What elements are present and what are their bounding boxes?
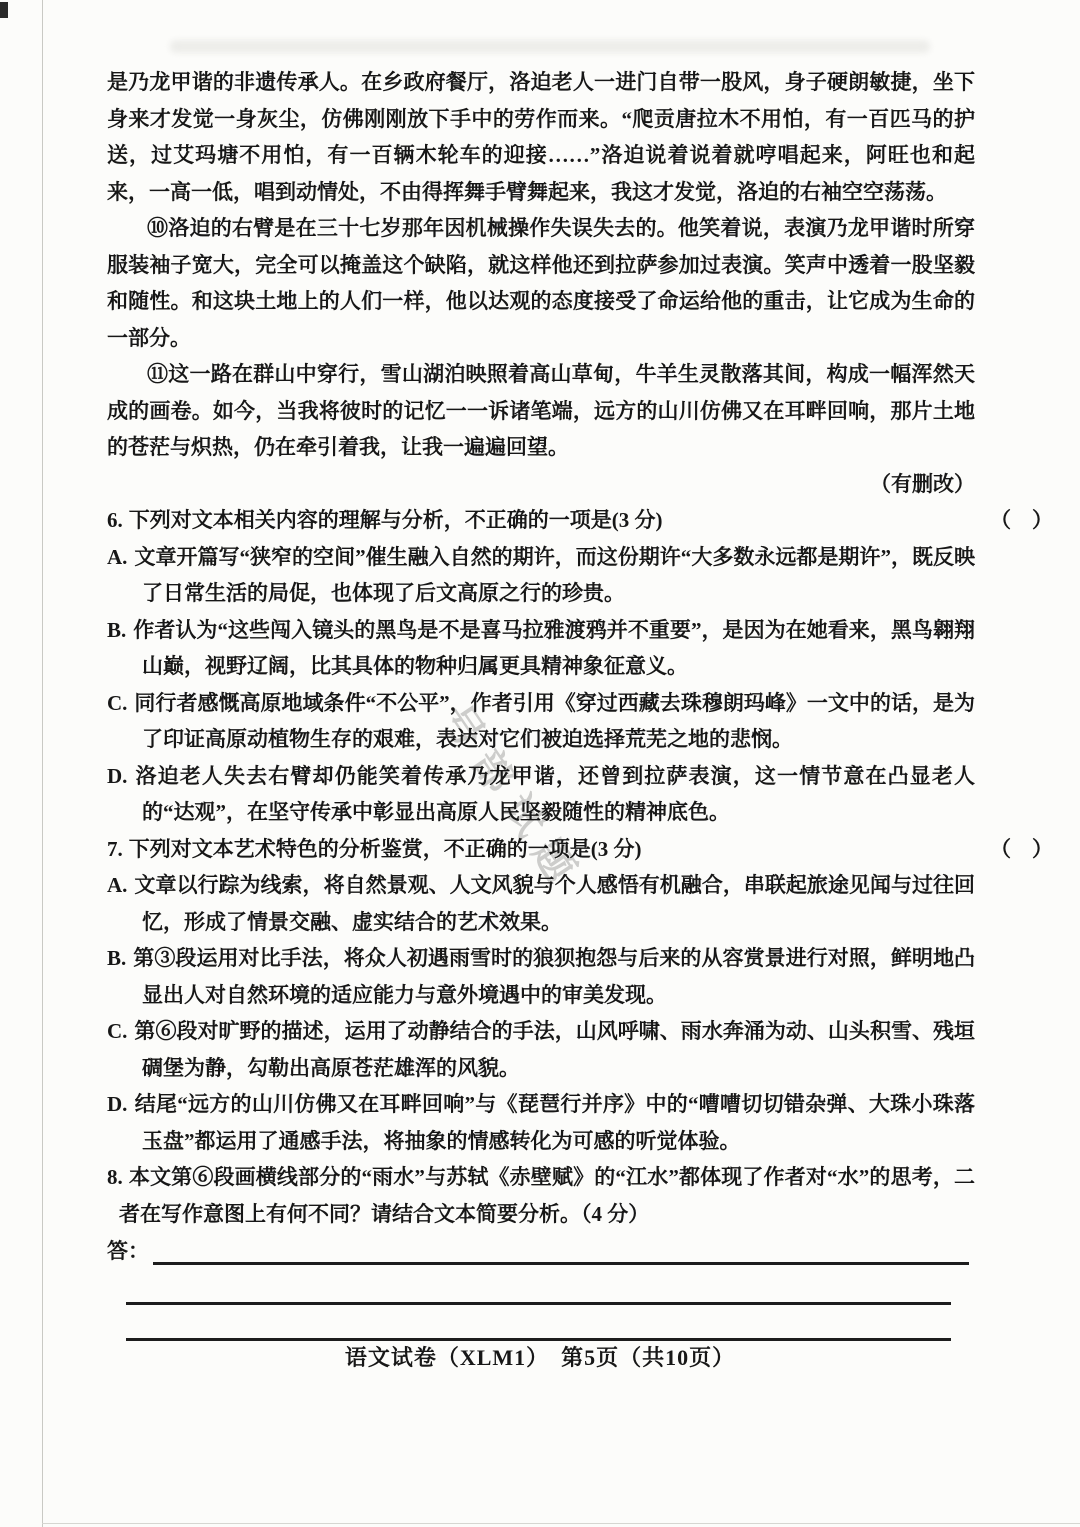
- option-c-text: 第⑥段对旷野的描述，运用了动静结合的手法，山风呼啸、雨水奔涌为动、山头积雪、残垣…: [134, 1019, 975, 1080]
- option-d-text: 结尾“远方的山川仿佛又在耳畔回响”与《琵琶行并序》中的“嘈嘈切切错杂弹、大珠小珠…: [134, 1092, 975, 1153]
- question-6-stem-text: 下列对文本相关内容的理解与分析，不正确的一项是(3 分): [129, 508, 663, 532]
- question-7-number: 7.: [107, 837, 123, 861]
- question-6-option-a: A.文章开篇写“狭窄的空间”催生融入自然的期许，而这份期许“大多数永远都是期许”…: [107, 539, 975, 612]
- option-b-text: 作者认为“这些闯入镜头的黑鸟是不是喜马拉雅渡鸦并不重要”，是因为在她看来，黑鸟翱…: [133, 618, 975, 679]
- passage-edit-note: （有删改）: [107, 466, 975, 503]
- question-7-option-b: B.第③段运用对比手法，将众人初遇雨雪时的狼狈抱怨与后来的从容赏景进行对照，鲜明…: [107, 940, 975, 1013]
- question-6-number: 6.: [107, 508, 123, 532]
- question-7-option-c: C.第⑥段对旷野的描述，运用了动静结合的手法，山风呼啸、雨水奔涌为动、山头积雪、…: [107, 1013, 975, 1086]
- answer-blank-line-3: [126, 1305, 951, 1341]
- question-7: 7.下列对文本艺术特色的分析鉴赏，不正确的一项是(3 分)（ ） A.文章以行踪…: [107, 831, 975, 1160]
- question-7-option-d: D.结尾“远方的山川仿佛又在耳畔回响”与《琵琶行并序》中的“嘈嘈切切错杂弹、大珠…: [107, 1086, 975, 1159]
- question-6-option-d: D.洛迫老人失去右臂却仍能笑着传承乃龙甲谐，还曾到拉萨表演，这一情节意在凸显老人…: [107, 758, 975, 831]
- option-d-label: D.: [107, 1092, 127, 1116]
- question-8-number: 8.: [107, 1165, 123, 1189]
- question-8: 8.本文第⑥段画横线部分的“雨水”与苏轼《赤壁赋》的“江水”都体现了作者对“水”…: [107, 1159, 975, 1341]
- page-footer: 语文试卷（XLM1） 第5页（共10页）: [0, 1341, 1080, 1372]
- question-6-option-c: C.同行者感慨高原地域条件“不公平”，作者引用《穿过西藏去珠穆朗玛峰》一文中的话…: [107, 685, 975, 758]
- question-6-answer-bracket: （ ）: [990, 502, 1053, 539]
- option-d-text: 洛迫老人失去右臂却仍能笑着传承乃龙甲谐，还曾到拉萨表演，这一情节意在凸显老人的“…: [134, 764, 975, 825]
- passage-paragraph-continuation: 是乃龙甲谐的非遗传承人。在乡政府餐厅，洛迫老人一进门自带一股风，身子硬朗敏捷，坐…: [107, 64, 975, 210]
- answer-blank-line-1: [153, 1232, 969, 1265]
- question-8-stem-text: 本文第⑥段画横线部分的“雨水”与苏轼《赤壁赋》的“江水”都体现了作者对“水”的思…: [119, 1165, 975, 1226]
- option-a-text: 文章以行踪为线索，将自然景观、人文风貌与个人感悟有机融合，串联起旅途见闻与过往回…: [134, 873, 975, 934]
- option-c-label: C.: [107, 1019, 127, 1043]
- option-a-label: A.: [107, 873, 127, 897]
- scan-bottom-edge-line: [42, 1523, 1080, 1524]
- question-8-answer-row: 答：: [107, 1232, 975, 1269]
- passage-paragraph-10: ⑩洛迫的右臂是在三十七岁那年因机械操作失误失去的。他笑着说，表演乃龙甲谐时所穿服…: [107, 210, 975, 356]
- option-d-label: D.: [107, 764, 127, 788]
- option-c-label: C.: [107, 691, 127, 715]
- question-6: 6.下列对文本相关内容的理解与分析，不正确的一项是(3 分)（ ） A.文章开篇…: [107, 502, 975, 831]
- option-b-label: B.: [107, 618, 126, 642]
- answer-label: 答：: [107, 1233, 149, 1270]
- exam-paper-page: 号部试题 是乃龙甲谐的非遗传承人。在乡政府餐厅，洛迫老人一进门自带一股风，身子硬…: [0, 0, 1080, 1527]
- question-8-text: 8.本文第⑥段画横线部分的“雨水”与苏轼《赤壁赋》的“江水”都体现了作者对“水”…: [107, 1159, 975, 1232]
- question-7-answer-bracket: （ ）: [990, 831, 1053, 868]
- scan-left-edge-line: [42, 0, 43, 1527]
- scan-bleedthrough-ghost: [170, 40, 930, 53]
- question-6-stem: 6.下列对文本相关内容的理解与分析，不正确的一项是(3 分)（ ）: [107, 502, 975, 539]
- option-c-text: 同行者感慨高原地域条件“不公平”，作者引用《穿过西藏去珠穆朗玛峰》一文中的话，是…: [134, 691, 975, 752]
- scan-corner-mark: [0, 2, 8, 18]
- answer-blank-line-2: [126, 1269, 951, 1305]
- option-b-text: 第③段运用对比手法，将众人初遇雨雪时的狼狈抱怨与后来的从容赏景进行对照，鲜明地凸…: [133, 946, 975, 1007]
- question-7-stem-text: 下列对文本艺术特色的分析鉴赏，不正确的一项是(3 分): [129, 837, 642, 861]
- page-content: 是乃龙甲谐的非遗传承人。在乡政府餐厅，洛迫老人一进门自带一股风，身子硬朗敏捷，坐…: [107, 64, 975, 1341]
- option-a-label: A.: [107, 545, 127, 569]
- question-6-option-b: B.作者认为“这些闯入镜头的黑鸟是不是喜马拉雅渡鸦并不重要”，是因为在她看来，黑…: [107, 612, 975, 685]
- question-7-stem: 7.下列对文本艺术特色的分析鉴赏，不正确的一项是(3 分)（ ）: [107, 831, 975, 868]
- option-a-text: 文章开篇写“狭窄的空间”催生融入自然的期许，而这份期许“大多数永远都是期许”，既…: [134, 545, 975, 606]
- passage-paragraph-11: ⑪这一路在群山中穿行，雪山湖泊映照着高山草甸，牛羊生灵散落其间，构成一幅浑然天成…: [107, 356, 975, 466]
- question-7-option-a: A.文章以行踪为线索，将自然景观、人文风貌与个人感悟有机融合，串联起旅途见闻与过…: [107, 867, 975, 940]
- option-b-label: B.: [107, 946, 126, 970]
